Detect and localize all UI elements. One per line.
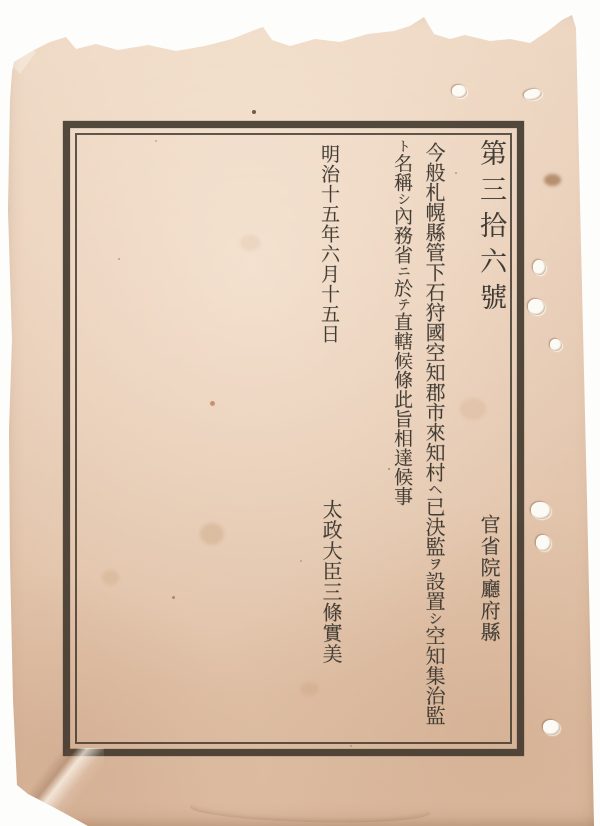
paper-sheet: 第三拾六號 今般札幌縣管下石狩國空知郡市來知村ヘ已決監ヲ設置シ空知集治監 ト名稱… (0, 0, 600, 826)
scanned-page: 第三拾六號 今般札幌縣管下石狩國空知郡市來知村ヘ已決監ヲ設置シ空知集治監 ト名稱… (0, 0, 600, 826)
paper-edge-shading (0, 0, 600, 826)
